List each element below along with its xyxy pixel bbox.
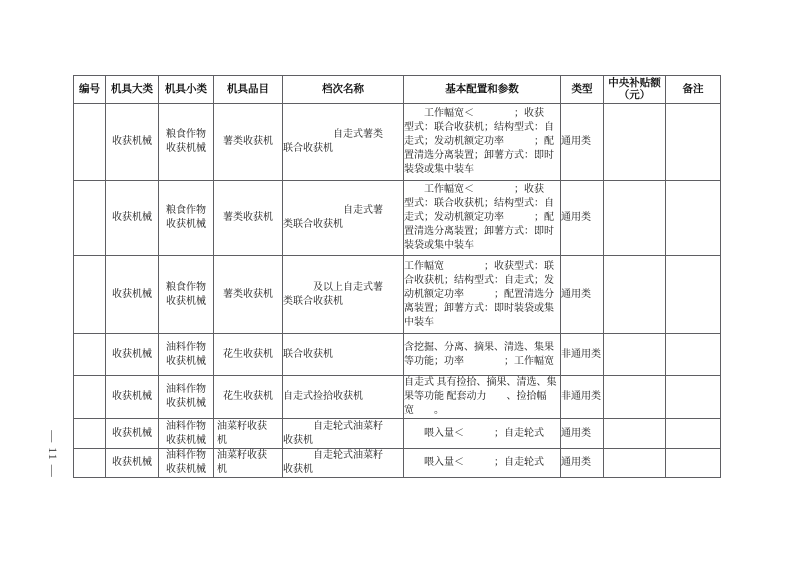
table-cell: 油料作物 收获机械: [159, 419, 214, 449]
page-number: — 11 —: [46, 426, 60, 482]
table-cell: [604, 181, 666, 256]
table-body: 收获机械粮食作物 收获机械薯类收获机 自走式薯类 联合收获机 工作幅宽＜ ；收获…: [74, 104, 721, 478]
table-cell: [604, 334, 666, 376]
header-cell: 备注: [666, 76, 721, 104]
table-cell: 通用类: [561, 104, 604, 181]
document-page: — 11 — 编号机具大类机具小类机具品目档次名称基本配置和参数类型中央补贴额 …: [0, 0, 800, 565]
table-cell: [666, 376, 721, 419]
table-cell: [74, 449, 106, 478]
table-cell: 自走式 具有捡拾、摘果、清选、集 果等功能 配套动力 、捡拾幅 宽 。: [404, 376, 561, 419]
table-cell: 粮食作物 收获机械: [159, 256, 214, 334]
table-cell: [604, 449, 666, 478]
table-cell: [74, 181, 106, 256]
table-cell: 薯类收获机: [214, 104, 283, 181]
table-cell: 通用类: [561, 449, 604, 478]
table-cell: 收获机械: [106, 449, 159, 478]
table-row: 收获机械油料作物 收获机械花生收获机自走式捡拾收获机自走式 具有捡拾、摘果、清选…: [74, 376, 721, 419]
table-cell: [666, 449, 721, 478]
table-cell: 通用类: [561, 181, 604, 256]
table-row: 收获机械油料作物 收获机械油菜籽收获 机 自走轮式油菜籽 收获机 喂入量＜ ；自…: [74, 449, 721, 478]
table-cell: 工作幅宽 ；收获型式：联 合收获机；结构型式：自走式；发 动机额定功率 ；配置清…: [404, 256, 561, 334]
table-cell: [604, 104, 666, 181]
table-cell: 自走式捡拾收获机: [283, 376, 404, 419]
table-cell: 油菜籽收获 机: [214, 449, 283, 478]
table-cell: 薯类收获机: [214, 256, 283, 334]
table-cell: 油菜籽收获 机: [214, 419, 283, 449]
table-cell: 自走式薯类 联合收获机: [283, 104, 404, 181]
table-cell: 粮食作物 收获机械: [159, 181, 214, 256]
table-cell: 收获机械: [106, 419, 159, 449]
header-cell: 机具小类: [159, 76, 214, 104]
subsidy-table: 编号机具大类机具小类机具品目档次名称基本配置和参数类型中央补贴额 （元）备注 收…: [73, 75, 721, 478]
header-cell: 机具品目: [214, 76, 283, 104]
table-cell: 自走式薯 类联合收获机: [283, 181, 404, 256]
table-cell: 非通用类: [561, 334, 604, 376]
table-cell: 喂入量＜ ；自走轮式: [404, 449, 561, 478]
table-cell: 联合收获机: [283, 334, 404, 376]
table-cell: 收获机械: [106, 334, 159, 376]
table-cell: [74, 334, 106, 376]
table-cell: 收获机械: [106, 181, 159, 256]
table-cell: 收获机械: [106, 376, 159, 419]
table-cell: [666, 256, 721, 334]
table-cell: 收获机械: [106, 256, 159, 334]
table-cell: [74, 256, 106, 334]
table-cell: 花生收获机: [214, 334, 283, 376]
header-cell: 编号: [74, 76, 106, 104]
table-row: 收获机械粮食作物 收获机械薯类收获机 自走式薯类 联合收获机 工作幅宽＜ ；收获…: [74, 104, 721, 181]
table-cell: 油料作物 收获机械: [159, 376, 214, 419]
table-cell: [666, 104, 721, 181]
table-cell: 自走轮式油菜籽 收获机: [283, 419, 404, 449]
table-cell: 及以上自走式薯 类联合收获机: [283, 256, 404, 334]
table-cell: 工作幅宽＜ ；收获 型式：联合收获机；结构型式：自 走式；发动机额定功率 ；配 …: [404, 104, 561, 181]
table-cell: 通用类: [561, 419, 604, 449]
table-cell: 粮食作物 收获机械: [159, 104, 214, 181]
table-cell: [74, 419, 106, 449]
table-row: 收获机械粮食作物 收获机械薯类收获机 及以上自走式薯 类联合收获机工作幅宽 ；收…: [74, 256, 721, 334]
header-cell: 中央补贴额 （元）: [604, 76, 666, 104]
header-cell: 类型: [561, 76, 604, 104]
table-cell: 含挖掘、分离、摘果、清选、集果 等功能；功率 ；工作幅宽: [404, 334, 561, 376]
table-cell: 薯类收获机: [214, 181, 283, 256]
table-cell: 油料作物 收获机械: [159, 449, 214, 478]
table-row: 收获机械粮食作物 收获机械薯类收获机 自走式薯 类联合收获机 工作幅宽＜ ；收获…: [74, 181, 721, 256]
table-cell: 工作幅宽＜ ；收获 型式：联合收获机；结构型式：自 走式；发动机额定功率 ；配 …: [404, 181, 561, 256]
header-cell: 基本配置和参数: [404, 76, 561, 104]
header-cell: 档次名称: [283, 76, 404, 104]
table-cell: [604, 376, 666, 419]
table-cell: [666, 419, 721, 449]
table-cell: 非通用类: [561, 376, 604, 419]
table-cell: 自走轮式油菜籽 收获机: [283, 449, 404, 478]
table-head: 编号机具大类机具小类机具品目档次名称基本配置和参数类型中央补贴额 （元）备注: [74, 76, 721, 104]
table-cell: [604, 256, 666, 334]
table-row: 收获机械油料作物 收获机械花生收获机联合收获机含挖掘、分离、摘果、清选、集果 等…: [74, 334, 721, 376]
table-cell: [604, 419, 666, 449]
table-cell: [666, 334, 721, 376]
table-row: 收获机械油料作物 收获机械油菜籽收获 机 自走轮式油菜籽 收获机 喂入量＜ ；自…: [74, 419, 721, 449]
table-cell: 花生收获机: [214, 376, 283, 419]
header-cell: 机具大类: [106, 76, 159, 104]
table-cell: [666, 181, 721, 256]
table-cell: 收获机械: [106, 104, 159, 181]
table-cell: 油料作物 收获机械: [159, 334, 214, 376]
table-cell: 喂入量＜ ；自走轮式: [404, 419, 561, 449]
table-cell: 通用类: [561, 256, 604, 334]
table-cell: [74, 376, 106, 419]
table-cell: [74, 104, 106, 181]
